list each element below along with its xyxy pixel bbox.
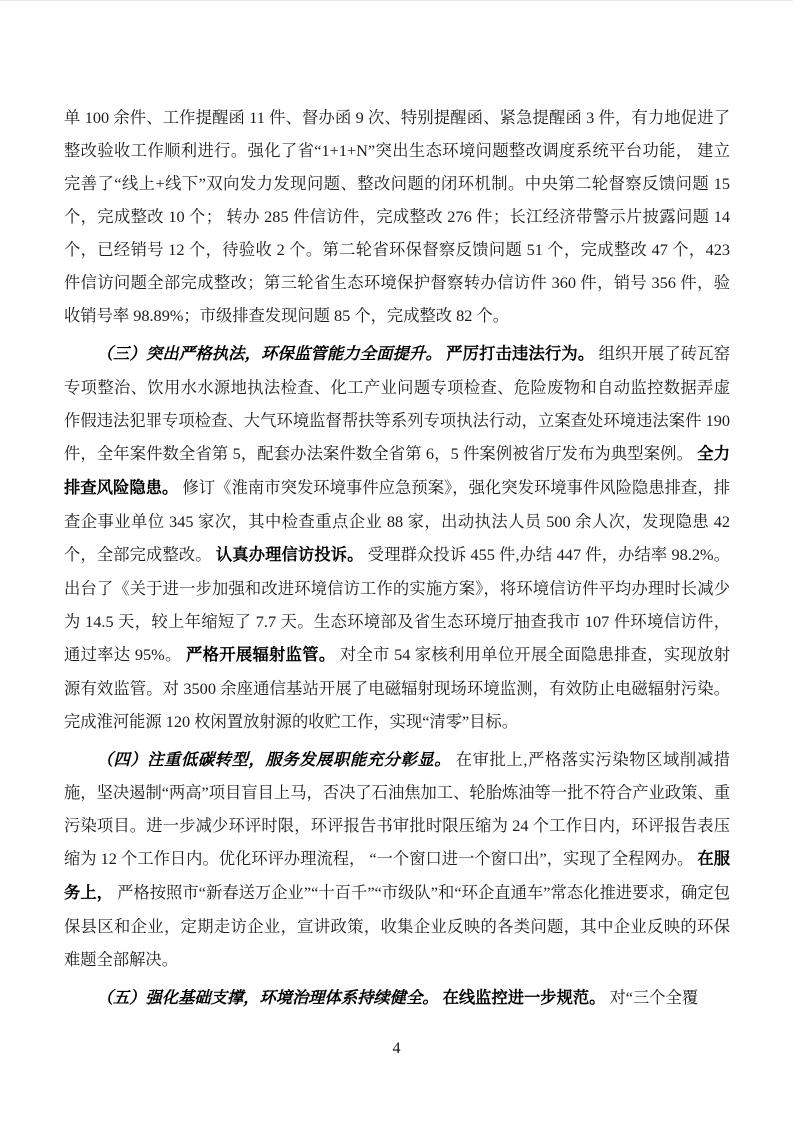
- paragraph-section-4: （四）注重低碳转型，服务发展职能充分彰显。 在审批上,严格落实污染物区域削减措施…: [64, 743, 730, 976]
- section-heading: （五）强化基础支撑，环境治理体系持续健全。: [97, 988, 439, 1007]
- document-body: 单 100 余件、工作提醒函 11 件、督办函 9 次、特别提醒函、紧急提醒函 …: [64, 101, 730, 1020]
- section-heading: （四）注重低碳转型，服务发展职能充分彰显。: [97, 750, 452, 769]
- text-run: 严格按照市“新春送万企业”“十百千”“市级队”和“环企直通车”常态化推进要求，确…: [64, 883, 730, 969]
- paragraph-section-3: （三）突出严格执法，环保监管能力全面提升。 严厉打击违法行为。 组织开展了砖瓦窑…: [64, 337, 730, 738]
- paragraph-section-5: （五）强化基础支撑，环境治理体系持续健全。 在线监控进一步规范。 对“三个全覆: [64, 981, 730, 1015]
- section-heading: （三）突出严格执法，环保监管能力全面提升。: [97, 344, 442, 363]
- bold-emphasis: 在线监控进一步规范。: [443, 989, 606, 1007]
- text-run: 对“三个全覆: [610, 988, 699, 1007]
- bold-emphasis: 严厉打击违法行为。: [446, 345, 594, 363]
- document-page: 单 100 余件、工作提醒函 11 件、督办函 9 次、特别提醒函、紧急提醒函 …: [0, 0, 793, 1122]
- bold-emphasis: 严格开展辐射监管。: [186, 646, 335, 664]
- bold-emphasis: 认真办理信访投诉。: [216, 546, 364, 564]
- page-number: 4: [0, 1039, 793, 1059]
- paragraph-continuation: 单 100 余件、工作提醒函 11 件、督办函 9 次、特别提醒函、紧急提醒函 …: [64, 101, 730, 332]
- text-run: 单 100 余件、工作提醒函 11 件、督办函 9 次、特别提醒函、紧急提醒函 …: [64, 108, 730, 325]
